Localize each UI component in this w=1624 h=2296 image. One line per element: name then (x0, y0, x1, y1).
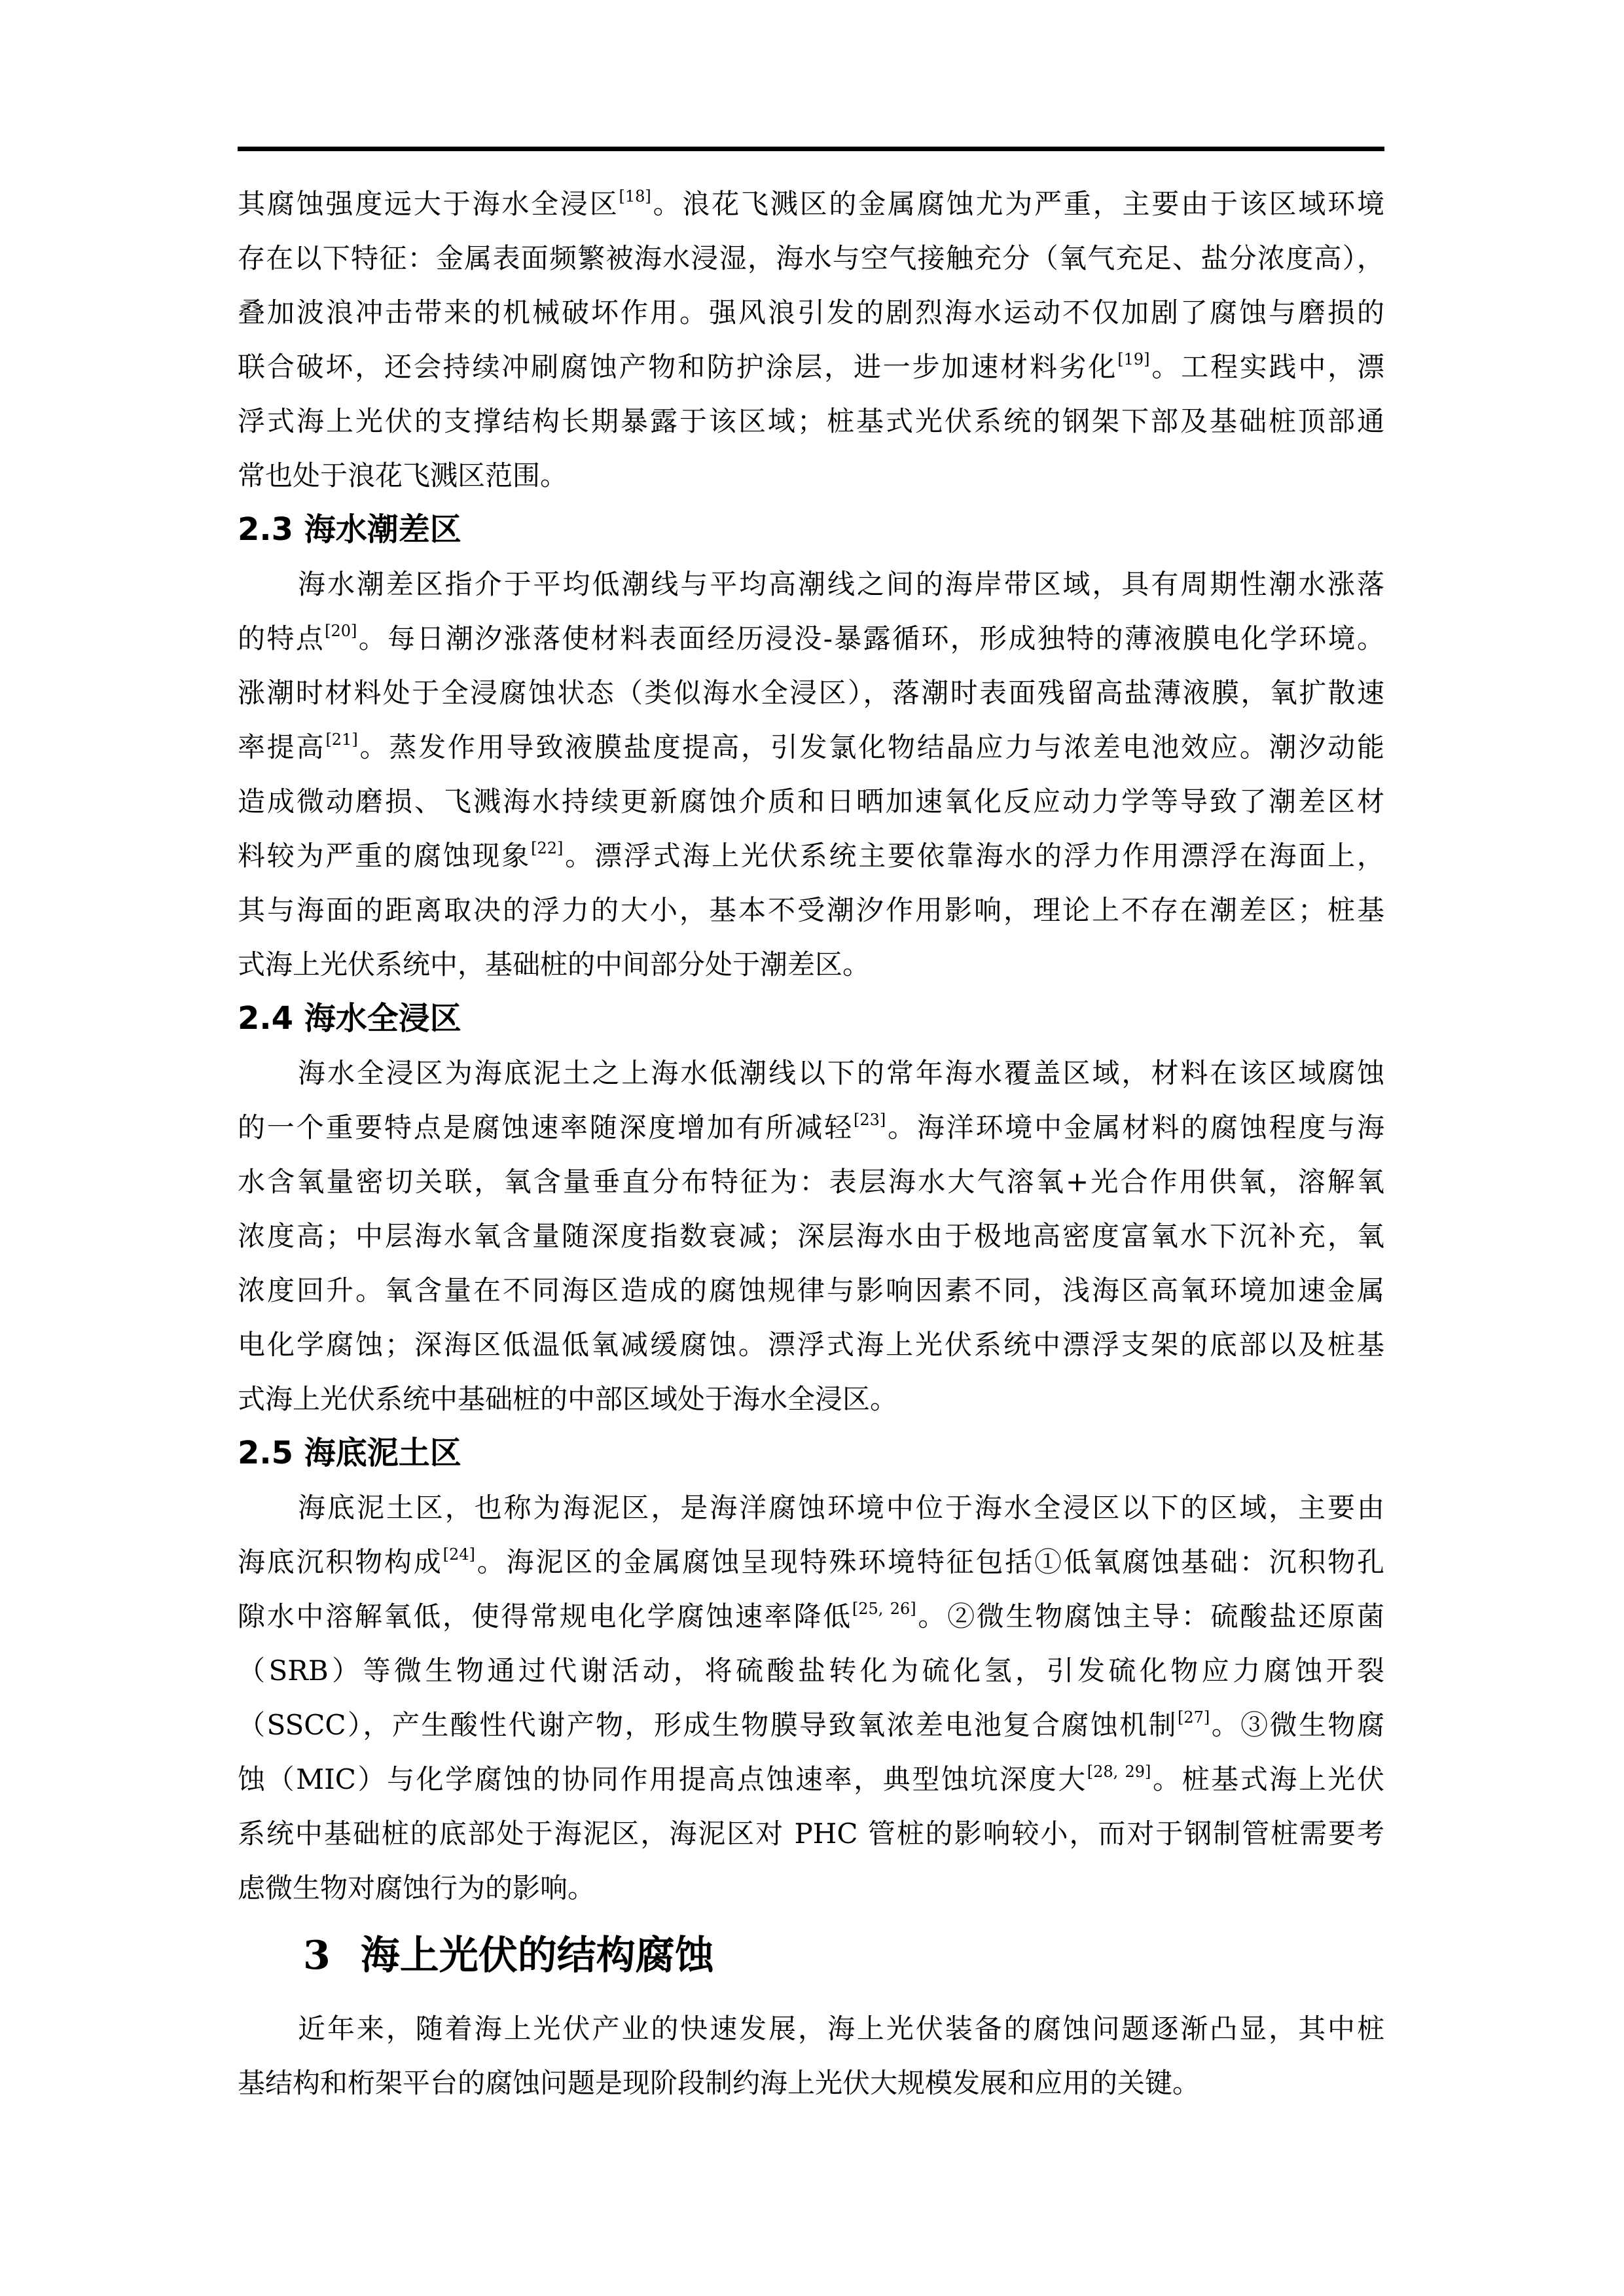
text-line: （SSCC），产生酸性代谢产物，形成生物膜导致氧浓差电池复合腐蚀机制[27]。③… (238, 1698, 1384, 1752)
text-line: 存在以下特征：金属表面频繁被海水浸湿，海水与空气接触充分（氧气充足、盐分浓度高）… (238, 231, 1384, 285)
text-line: 式海上光伏系统中基础桩的中部区域处于海水全浸区。 (238, 1372, 1384, 1426)
citation-superscript: [21] (325, 730, 357, 749)
citation-superscript: [27] (1178, 1708, 1210, 1727)
text-run: 海上光伏的结构腐蚀 (361, 1933, 714, 1979)
text-line: 其腐蚀强度远大于海水全浸区[18]。浪花飞溅区的金属腐蚀尤为严重，主要由于该区域… (238, 177, 1384, 231)
citation-superscript: [28, 29] (1087, 1763, 1151, 1781)
text-run: 系统中基础桩的底部处于海泥区，海泥区对 PHC 管桩的影响较小，而对于钢制管桩需… (238, 1818, 1384, 1850)
text-line: 海水潮差区指介于平均低潮线与平均高潮线之间的海岸带区域，具有周期性潮水涨落 (238, 557, 1384, 611)
text-line: 叠加波浪冲击带来的机械破坏作用。强风浪引发的剧烈海水运动不仅加剧了腐蚀与磨损的 (238, 285, 1384, 340)
section-heading-level1: 3海上光伏的结构腐蚀 (238, 1920, 1450, 1991)
text-run: 。蒸发作用导致液膜盐度提高，引发氯化物结晶应力与浓差电池效应。潮汐动能 (358, 731, 1384, 763)
text-run: 涨潮时材料处于全浸腐蚀状态（类似海水全浸区），落潮时表面残留高盐薄液膜，氧扩散速 (238, 677, 1384, 709)
text-run: 存在以下特征：金属表面频繁被海水浸湿，海水与空气接触充分（氧气充足、盐分浓度高）… (238, 242, 1384, 274)
text-line: 海底泥土区，也称为海泥区，是海洋腐蚀环境中位于海水全浸区以下的区域，主要由 (238, 1480, 1384, 1535)
citation-superscript: [25, 26] (852, 1600, 916, 1618)
text-run: （SSCC），产生酸性代谢产物，形成生物膜导致氧浓差电池复合腐蚀机制 (238, 1709, 1178, 1741)
text-run: 。浪花飞溅区的金属腐蚀尤为严重，主要由于该区域环境 (651, 188, 1384, 220)
citation-superscript: [24] (443, 1545, 475, 1564)
text-line: 联合破坏，还会持续冲刷腐蚀产物和防护涂层，进一步加速材料劣化[19]。工程实践中… (238, 340, 1384, 394)
text-run: 海水全浸区为海底泥土之上海水低潮线以下的常年海水覆盖区域，材料在该区域腐蚀 (298, 1057, 1384, 1089)
text-run: 其与海面的距离取决的浮力的大小，基本不受潮汐作用影响，理论上不存在潮差区；桩基 (238, 894, 1384, 926)
citation-superscript: [19] (1117, 350, 1149, 368)
document-page: 其腐蚀强度远大于海水全浸区[18]。浪花飞溅区的金属腐蚀尤为严重，主要由于该区域… (0, 0, 1624, 2296)
text-run: 海底泥土区，也称为海泥区，是海洋腐蚀环境中位于海水全浸区以下的区域，主要由 (298, 1492, 1384, 1524)
text-line: 的一个重要特点是腐蚀速率随深度增加有所减轻[23]。海洋环境中金属材料的腐蚀程度… (238, 1100, 1384, 1155)
text-run: 近年来，随着海上光伏产业的快速发展，海上光伏装备的腐蚀问题逐渐凸显，其中桩 (298, 2013, 1384, 2045)
section-heading-level2: 2.5 海底泥土区 (238, 1426, 1384, 1480)
text-run: 电化学腐蚀；深海区低温低氧减缓腐蚀。漂浮式海上光伏系统中漂浮支架的底部以及桩基 (238, 1329, 1384, 1361)
text-run: 式海上光伏系统中基础桩的中部区域处于海水全浸区。 (238, 1383, 897, 1415)
text-run: 。海泥区的金属腐蚀呈现特殊环境特征包括①低氧腐蚀基础：沉积物孔 (475, 1546, 1384, 1578)
text-run: 虑微生物对腐蚀行为的影响。 (238, 1872, 595, 1904)
text-run: 。工程实践中，漂 (1150, 351, 1384, 383)
text-line: 水含氧量密切关联，氧含量垂直分布特征为：表层海水大气溶氧+光合作用供氧，溶解氧 (238, 1155, 1384, 1209)
heading-number: 3 (303, 1933, 331, 1979)
text-line: 蚀（MIC）与化学腐蚀的协同作用提高点蚀速率，典型蚀坑深度大[28, 29]。桩… (238, 1752, 1384, 1806)
text-line: 的特点[20]。每日潮汐涨落使材料表面经历浸没-暴露循环，形成独特的薄液膜电化学… (238, 611, 1384, 666)
text-run: 造成微动磨损、飞溅海水持续更新腐蚀介质和日晒加速氧化反应动力学等导致了潮差区材 (238, 785, 1384, 817)
text-line: 涨潮时材料处于全浸腐蚀状态（类似海水全浸区），落潮时表面残留高盐薄液膜，氧扩散速 (238, 666, 1384, 720)
text-run: 的特点 (238, 622, 325, 655)
text-run: 2.3 海水潮差区 (238, 511, 461, 548)
text-line: 率提高[21]。蒸发作用导致液膜盐度提高，引发氯化物结晶应力与浓差电池效应。潮汐… (238, 720, 1384, 774)
section-heading-level2: 2.4 海水全浸区 (238, 992, 1384, 1046)
text-run: 蚀（MIC）与化学腐蚀的协同作用提高点蚀速率，典型蚀坑深度大 (238, 1763, 1087, 1795)
text-run: 浓度回升。氧含量在不同海区造成的腐蚀规律与影响因素不同，浅海区高氧环境加速金属 (238, 1274, 1384, 1306)
text-run: 水含氧量密切关联，氧含量垂直分布特征为：表层海水大气溶氧+光合作用供氧，溶解氧 (238, 1166, 1384, 1198)
content: 其腐蚀强度远大于海水全浸区[18]。浪花飞溅区的金属腐蚀尤为严重，主要由于该区域… (238, 177, 1384, 2110)
text-run: 。②微生物腐蚀主导：硫酸盐还原菌 (916, 1600, 1384, 1632)
text-run: 2.4 海水全浸区 (238, 1000, 461, 1037)
text-line: 造成微动磨损、飞溅海水持续更新腐蚀介质和日晒加速氧化反应动力学等导致了潮差区材 (238, 774, 1384, 829)
text-run: 料较为严重的腐蚀现象 (238, 840, 531, 872)
text-run: 隙水中溶解氧低，使得常规电化学腐蚀速率降低 (238, 1600, 852, 1632)
text-run: 的一个重要特点是腐蚀速率随深度增加有所减轻 (238, 1111, 854, 1143)
text-run: 海水潮差区指介于平均低潮线与平均高潮线之间的海岸带区域，具有周期性潮水涨落 (298, 568, 1384, 600)
text-run: （SRB）等微生物通过代谢活动，将硫酸盐转化为硫化氢，引发硫化物应力腐蚀开裂 (238, 1655, 1384, 1687)
citation-superscript: [22] (531, 839, 563, 857)
text-run: 2.5 海底泥土区 (238, 1435, 461, 1471)
text-run: 其腐蚀强度远大于海水全浸区 (238, 188, 619, 220)
text-run: 浮式海上光伏的支撑结构长期暴露于该区域；桩基式光伏系统的钢架下部及基础桩顶部通 (238, 405, 1384, 437)
text-line: 隙水中溶解氧低，使得常规电化学腐蚀速率降低[25, 26]。②微生物腐蚀主导：硫… (238, 1589, 1384, 1643)
text-run: 海底沉积物构成 (238, 1546, 443, 1578)
text-line: 式海上光伏系统中，基础桩的中间部分处于潮差区。 (238, 937, 1384, 992)
header-rule (238, 147, 1384, 151)
text-line: （SRB）等微生物通过代谢活动，将硫酸盐转化为硫化氢，引发硫化物应力腐蚀开裂 (238, 1643, 1384, 1698)
text-run: 基结构和桁架平台的腐蚀问题是现阶段制约海上光伏大规模发展和应用的关键。 (238, 2067, 1200, 2099)
text-line: 其与海面的距离取决的浮力的大小，基本不受潮汐作用影响，理论上不存在潮差区；桩基 (238, 883, 1384, 937)
text-line: 料较为严重的腐蚀现象[22]。漂浮式海上光伏系统主要依靠海水的浮力作用漂浮在海面… (238, 829, 1384, 883)
text-run: 浓度高；中层海水氧含量随深度指数衰减；深层海水由于极地高密度富氧水下沉补充，氧 (238, 1220, 1384, 1252)
text-run: 。每日潮汐涨落使材料表面经历浸没-暴露循环，形成独特的薄液膜电化学环境。 (357, 622, 1384, 655)
text-line: 电化学腐蚀；深海区低温低氧减缓腐蚀。漂浮式海上光伏系统中漂浮支架的底部以及桩基 (238, 1318, 1384, 1372)
text-run: 率提高 (238, 731, 325, 763)
text-run: 式海上光伏系统中，基础桩的中间部分处于潮差区。 (238, 948, 870, 980)
text-run: 。③微生物腐 (1210, 1709, 1384, 1741)
text-line: 海水全浸区为海底泥土之上海水低潮线以下的常年海水覆盖区域，材料在该区域腐蚀 (238, 1046, 1384, 1100)
citation-superscript: [18] (619, 187, 651, 206)
text-line: 常也处于浪花飞溅区范围。 (238, 448, 1384, 503)
text-line: 海底沉积物构成[24]。海泥区的金属腐蚀呈现特殊环境特征包括①低氧腐蚀基础：沉积… (238, 1535, 1384, 1589)
text-run: 联合破坏，还会持续冲刷腐蚀产物和防护涂层，进一步加速材料劣化 (238, 351, 1117, 383)
text-line: 近年来，随着海上光伏产业的快速发展，海上光伏装备的腐蚀问题逐渐凸显，其中桩 (238, 2001, 1384, 2056)
section-heading-level2: 2.3 海水潮差区 (238, 503, 1384, 557)
text-run: 常也处于浪花飞溅区范围。 (238, 459, 568, 492)
citation-superscript: [20] (325, 622, 357, 640)
text-line: 浮式海上光伏的支撑结构长期暴露于该区域；桩基式光伏系统的钢架下部及基础桩顶部通 (238, 394, 1384, 448)
citation-superscript: [23] (854, 1111, 886, 1129)
text-line: 基结构和桁架平台的腐蚀问题是现阶段制约海上光伏大规模发展和应用的关键。 (238, 2056, 1384, 2110)
text-line: 虑微生物对腐蚀行为的影响。 (238, 1861, 1384, 1915)
text-line: 浓度回升。氧含量在不同海区造成的腐蚀规律与影响因素不同，浅海区高氧环境加速金属 (238, 1263, 1384, 1318)
text-run: 叠加波浪冲击带来的机械破坏作用。强风浪引发的剧烈海水运动不仅加剧了腐蚀与磨损的 (238, 296, 1384, 329)
text-line: 系统中基础桩的底部处于海泥区，海泥区对 PHC 管桩的影响较小，而对于钢制管桩需… (238, 1806, 1384, 1861)
text-line: 浓度高；中层海水氧含量随深度指数衰减；深层海水由于极地高密度富氧水下沉补充，氧 (238, 1209, 1384, 1263)
text-run: 。漂浮式海上光伏系统主要依靠海水的浮力作用漂浮在海面上， (563, 840, 1384, 872)
text-run: 。海洋环境中金属材料的腐蚀程度与海 (886, 1111, 1384, 1143)
text-run: 。桩基式海上光伏 (1151, 1763, 1384, 1795)
